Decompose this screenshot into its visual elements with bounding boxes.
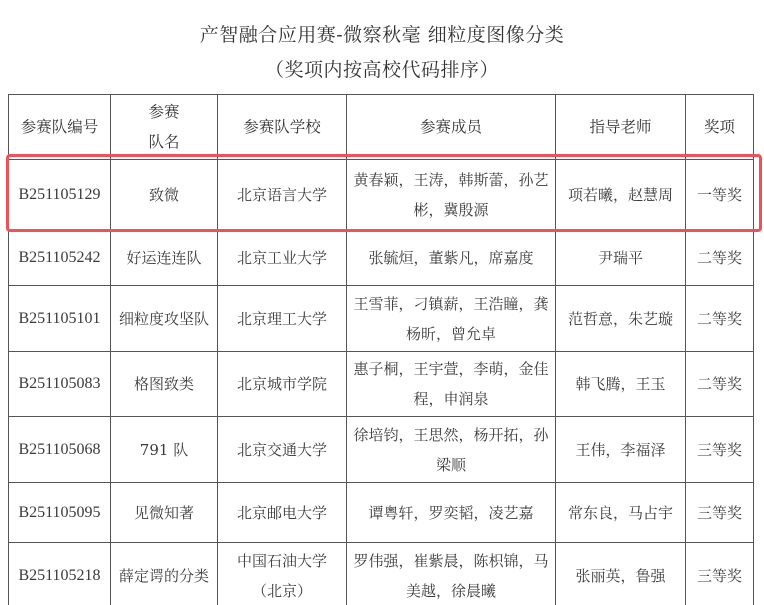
cell-team-name: 791 队 [111, 417, 218, 483]
cell-members: 张毓烜，董紫凡，席嘉度 [347, 230, 556, 286]
cell-team-id: B251105095 [9, 483, 111, 543]
cell-members: 罗伟强，崔紫晨，陈枳锦，马美越，徐晨曦 [347, 543, 556, 605]
header-team-name: 参赛队名 [111, 95, 218, 160]
cell-award: 三等奖 [686, 483, 754, 543]
cell-team-name: 见微知著 [111, 483, 218, 543]
table-header-row: 参赛队编号 参赛队名 参赛队学校 参赛成员 指导老师 奖项 [9, 95, 754, 160]
cell-team-id: B251105129 [9, 160, 111, 230]
cell-advisors: 常东良，马占宇 [556, 483, 686, 543]
cell-advisors: 尹瑞平 [556, 230, 686, 286]
awards-table: 参赛队编号 参赛队名 参赛队学校 参赛成员 指导老师 奖项 B251105129… [8, 94, 754, 605]
cell-team-id: B251105242 [9, 230, 111, 286]
cell-school: 北京工业大学 [218, 230, 347, 286]
cell-advisors: 范哲意，朱艺璇 [556, 286, 686, 352]
cell-members: 徐培钧，王思然，杨开拓，孙梁顺 [347, 417, 556, 483]
table-row: B251105218 薛定谔的分类 中国石油大学（北京） 罗伟强，崔紫晨，陈枳锦… [9, 543, 754, 605]
table-row: B251105242 好运连连队 北京工业大学 张毓烜，董紫凡，席嘉度 尹瑞平 … [9, 230, 754, 286]
cell-school: 北京语言大学 [218, 160, 347, 230]
header-award: 奖项 [686, 95, 754, 160]
cell-advisors: 韩飞腾，王玉 [556, 352, 686, 417]
cell-team-name: 格图致类 [111, 352, 218, 417]
table-row: B251105129 致微 北京语言大学 黄春颖，王涛，韩斯蕾，孙艺彬，冀殷源 … [9, 160, 754, 230]
cell-team-name: 好运连连队 [111, 230, 218, 286]
cell-team-id: B251105218 [9, 543, 111, 605]
cell-team-id: B251105083 [9, 352, 111, 417]
cell-team-name: 致微 [111, 160, 218, 230]
table-row: B251105083 格图致类 北京城市学院 惠子桐，王宇萱，李萌，金佳程，申润… [9, 352, 754, 417]
cell-award: 二等奖 [686, 230, 754, 286]
cell-award: 三等奖 [686, 417, 754, 483]
cell-award: 一等奖 [686, 160, 754, 230]
table-row: B251105068 791 队 北京交通大学 徐培钧，王思然，杨开拓，孙梁顺 … [9, 417, 754, 483]
cell-advisors: 项若曦，赵慧周 [556, 160, 686, 230]
table-row: B251105095 见微知著 北京邮电大学 谭粤轩，罗奕韬，凌艺嘉 常东良，马… [9, 483, 754, 543]
table-row: B251105101 细粒度攻坚队 北京理工大学 王雪菲，刁镇薪，王浩瞳，龚杨昕… [9, 286, 754, 352]
cell-members: 王雪菲，刁镇薪，王浩瞳，龚杨昕，曾允卓 [347, 286, 556, 352]
cell-team-name: 薛定谔的分类 [111, 543, 218, 605]
cell-members: 惠子桐，王宇萱，李萌，金佳程，申润泉 [347, 352, 556, 417]
header-school: 参赛队学校 [218, 95, 347, 160]
cell-award: 三等奖 [686, 543, 754, 605]
cell-team-id: B251105101 [9, 286, 111, 352]
cell-team-id: B251105068 [9, 417, 111, 483]
cell-award: 二等奖 [686, 286, 754, 352]
document-title: 产智融合应用赛-微察秋毫 细粒度图像分类 [0, 20, 764, 47]
cell-school: 北京交通大学 [218, 417, 347, 483]
header-team-id: 参赛队编号 [9, 95, 111, 160]
cell-school: 北京城市学院 [218, 352, 347, 417]
header-advisors: 指导老师 [556, 95, 686, 160]
header-members: 参赛成员 [347, 95, 556, 160]
cell-members: 黄春颖，王涛，韩斯蕾，孙艺彬，冀殷源 [347, 160, 556, 230]
header-team-name-line1: 参赛 [148, 103, 179, 121]
cell-school: 北京邮电大学 [218, 483, 347, 543]
cell-school: 中国石油大学（北京） [218, 543, 347, 605]
cell-school: 北京理工大学 [218, 286, 347, 352]
cell-members: 谭粤轩，罗奕韬，凌艺嘉 [347, 483, 556, 543]
document-subtitle: （奖项内按高校代码排序） [0, 55, 764, 82]
header-team-name-line2: 队名 [148, 133, 179, 151]
cell-award: 二等奖 [686, 352, 754, 417]
cell-team-name: 细粒度攻坚队 [111, 286, 218, 352]
cell-advisors: 王伟，李福泽 [556, 417, 686, 483]
cell-advisors: 张丽英，鲁强 [556, 543, 686, 605]
